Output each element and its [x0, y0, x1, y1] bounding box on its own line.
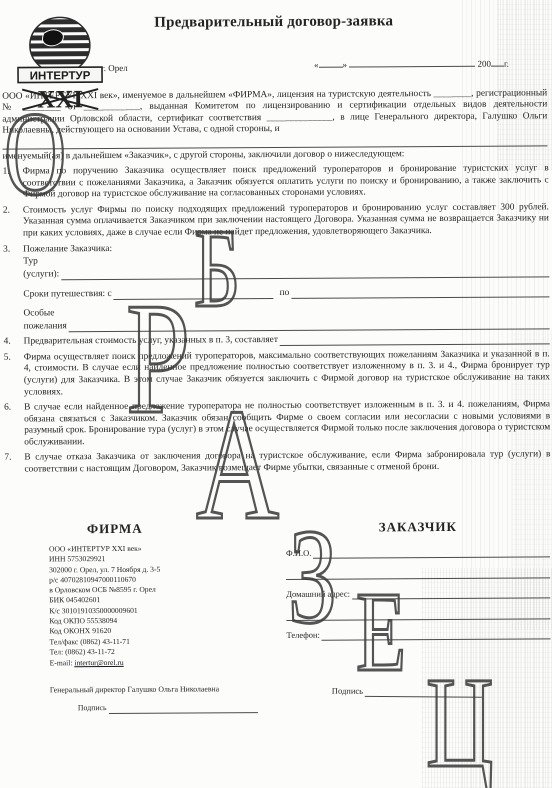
firm-signature-block: Генеральный директор Галушко Ольга Никол…	[50, 684, 258, 714]
clause-1-number: 1.	[3, 167, 23, 202]
clause-7: 7. В случае отказа Заказчика от заключен…	[4, 450, 550, 477]
firm-sign-label: Подпись	[78, 703, 107, 714]
address-blank	[352, 587, 550, 599]
firm-column: ФИРМА ООО «ИНТЕРТУР XXI век»ИНН 57530299…	[5, 520, 274, 668]
travel-dates-row: Сроки путешествия: с по	[23, 287, 549, 302]
firm-email-row: E-mail: intertur@orel.ru	[50, 657, 274, 667]
date-month-blank	[349, 57, 475, 68]
dates-from-label: Сроки путешествия: с	[23, 289, 111, 301]
customer-sign-blank	[365, 686, 482, 698]
special-wishes-blank	[69, 318, 550, 332]
clause-7-number: 7.	[4, 453, 24, 476]
city-label: г. Орел	[101, 63, 128, 73]
clauses-list: 1. Фирма по поручению Заказчика осуществ…	[3, 163, 551, 480]
date-day-blank	[318, 58, 342, 68]
dates-to-label: по	[280, 288, 290, 300]
email-label: E-mail:	[50, 659, 73, 668]
services-field-row: (услуги):	[23, 266, 549, 281]
customer-sign-label: Подпись	[332, 686, 363, 697]
clause-5-text: Фирма осуществляет поиск предложений тур…	[24, 349, 550, 399]
date-line: «» 200г.	[314, 57, 509, 70]
fio-field-row: Ф.И.О.	[286, 546, 550, 559]
phone-field-row: Телефон:	[286, 628, 550, 641]
clause-4-text: Предварительная стоимость услуг, указанн…	[24, 335, 278, 348]
intro-continuation: именуемый(ая) в дальнейшем «Заказчик», с…	[3, 148, 548, 163]
firm-sign-row: Подпись	[78, 702, 258, 714]
customer-header: ЗАКАЗЧИК	[286, 518, 550, 536]
clause-1: 1. Фирма по поручению Заказчика осуществ…	[3, 163, 549, 201]
phone-blank	[322, 628, 551, 640]
firm-details: ООО «ИНТЕРТУР XXI век»ИНН 57530299213020…	[49, 543, 274, 658]
firm-detail-line: Тел: (0862) 43-11-72	[50, 646, 274, 658]
clause-5: 5. Фирма осуществляет поиск предложений …	[4, 349, 550, 399]
scanned-contract-page: ИНТЕРТУР XXI Предварительный договор-зая…	[0, 0, 552, 788]
firm-email: intertur@orel.ru	[74, 658, 123, 667]
fio-blank-line-2	[286, 571, 550, 580]
special-label-2: пожелания	[24, 321, 67, 333]
address-blank-line-2	[286, 612, 550, 621]
parties-section: ФИРМА ООО «ИНТЕРТУР XXI век»ИНН 57530299…	[5, 518, 551, 521]
clause-4: 4. Предварительная стоимость услуг, указ…	[4, 333, 550, 348]
clause-2-text: Стоимость услуг Фирмы по поиску подходящ…	[23, 202, 549, 240]
clause-6: 6. В случае если найденное предложение т…	[4, 399, 550, 449]
clause-6-number: 6.	[4, 403, 24, 449]
date-year-blank	[491, 57, 504, 67]
logo-brand-text: ИНТЕРТУР	[30, 70, 91, 82]
address-label: Домашний адрес:	[286, 589, 350, 600]
clause-3-number: 3.	[3, 244, 24, 333]
customer-signature-block: Подпись	[332, 686, 482, 698]
clause-5-number: 5.	[4, 352, 24, 398]
firm-header: ФИРМА	[5, 520, 225, 537]
clause-3: 3. Пожелание Заказчика: Тур (услуги): Ср…	[3, 241, 550, 333]
customer-name-blank	[2, 135, 547, 149]
clause-2: 2. Стоимость услуг Фирмы по поиску подхо…	[3, 202, 549, 240]
document-title: Предварительный договор-заявка	[0, 12, 550, 32]
services-blank	[61, 266, 549, 280]
clause-7-text: В случае отказа Заказчика от заключения …	[24, 450, 550, 476]
phone-label: Телефон:	[286, 630, 320, 641]
clause-4-number: 4.	[4, 337, 24, 349]
address-field-row: Домашний адрес:	[286, 587, 550, 600]
clause-2-number: 2.	[3, 205, 23, 240]
intro-section: ООО «ИНТЕРТУР XXI век», именуемое в даль…	[2, 88, 547, 162]
date-year-suffix: г.	[504, 59, 509, 69]
fio-label: Ф.И.О.	[286, 548, 311, 559]
intro-paragraph: ООО «ИНТЕРТУР XXI век», именуемое в даль…	[2, 88, 547, 137]
firm-sign-blank	[109, 702, 258, 714]
fio-blank	[313, 546, 550, 558]
preliminary-cost-blank	[280, 333, 550, 346]
services-label: (услуги):	[23, 269, 59, 281]
clause-1-text: Фирма по поручению Заказчика осуществляе…	[23, 163, 549, 201]
clause-6-text: В случае если найденное предложение туро…	[24, 399, 550, 449]
date-from-blank	[114, 288, 274, 300]
director-line: Генеральный директор Галушко Ольга Никол…	[50, 684, 258, 694]
date-to-blank	[291, 287, 549, 300]
tour-label: Тур	[23, 257, 38, 269]
special-label-1: Особые	[23, 308, 54, 320]
date-quote-close: »	[342, 60, 347, 70]
special-wishes-field-row: пожелания	[24, 318, 550, 333]
date-year-prefix: 200	[477, 59, 491, 69]
customer-column: ЗАКАЗЧИК Ф.И.О. Домашний адрес: Телефон:	[286, 518, 551, 641]
